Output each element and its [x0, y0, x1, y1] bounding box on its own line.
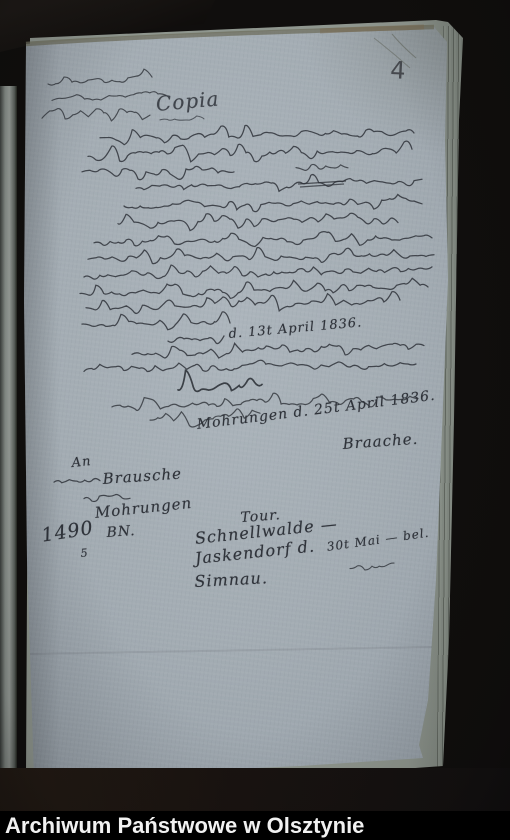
- address-salutation: An: [71, 454, 92, 471]
- page-number: 4: [390, 56, 407, 85]
- archive-photo: 4 Copia d. 13t April 1836. Mohrungen d. …: [0, 0, 510, 840]
- ref-number-sub: 5: [80, 546, 89, 560]
- caption-text: Archiwum Państwowe w Olsztynie: [0, 813, 364, 839]
- left-fore-edge: [0, 86, 17, 776]
- ref-number-suffix: BN.: [106, 523, 136, 541]
- caption-bar: Archiwum Państwowe w Olsztynie: [0, 811, 510, 840]
- book-bottom-edge: [0, 768, 510, 812]
- tour-stop-3: Simnau.: [194, 568, 268, 591]
